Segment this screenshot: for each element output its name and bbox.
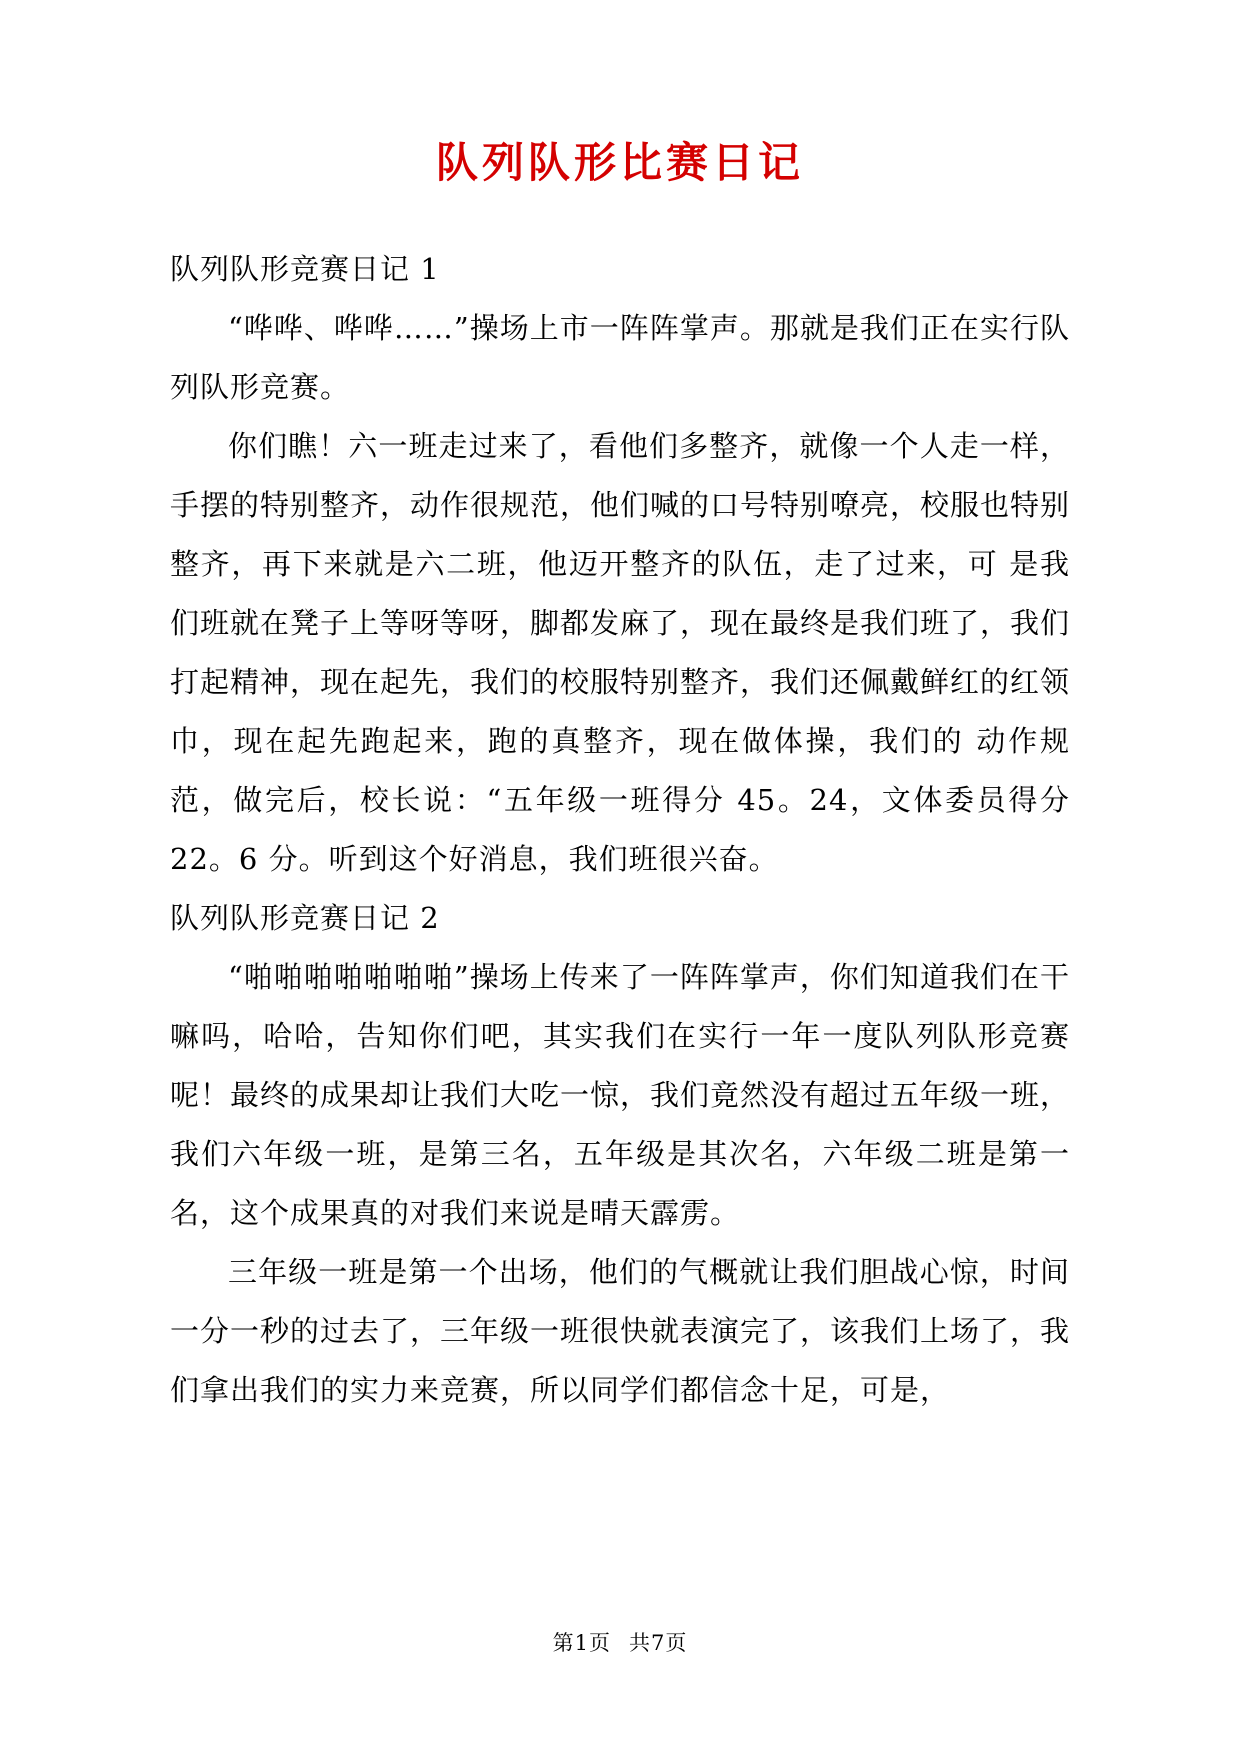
document-page: 队列队形比赛日记 队列队形竞赛日记 1 “哗哗、哗哗……”操场上市一阵阵掌声。那…: [0, 0, 1240, 1753]
page-number-current: 第1页: [553, 1631, 611, 1655]
page-number-total: 共7页: [629, 1631, 687, 1655]
document-title: 队列队形比赛日记: [170, 138, 1070, 188]
section-heading-diary-2: 队列队形竞赛日记 2: [170, 889, 1070, 948]
page-footer: 第1页共7页: [0, 1627, 1240, 1657]
document-body: 队列队形竞赛日记 1 “哗哗、哗哗……”操场上市一阵阵掌声。那就是我们正在实行队…: [170, 240, 1070, 1420]
paragraph-diary1-intro: “哗哗、哗哗……”操场上市一阵阵掌声。那就是我们正在实行队列队形竞赛。: [170, 299, 1070, 417]
paragraph-diary2-intro: “啪啪啪啪啪啪啪”操场上传来了一阵阵掌声，你们知道我们在干嘛吗，哈哈，告知你们吧…: [170, 948, 1070, 1243]
paragraph-diary2-main: 三年级一班是第一个出场，他们的气概就让我们胆战心惊，时间一分一秒的过去了，三年级…: [170, 1243, 1070, 1420]
section-heading-diary-1: 队列队形竞赛日记 1: [170, 240, 1070, 299]
paragraph-diary1-main: 你们瞧！六一班走过来了，看他们多整齐，就像一个人走一样，手摆的特别整齐，动作很规…: [170, 417, 1070, 889]
